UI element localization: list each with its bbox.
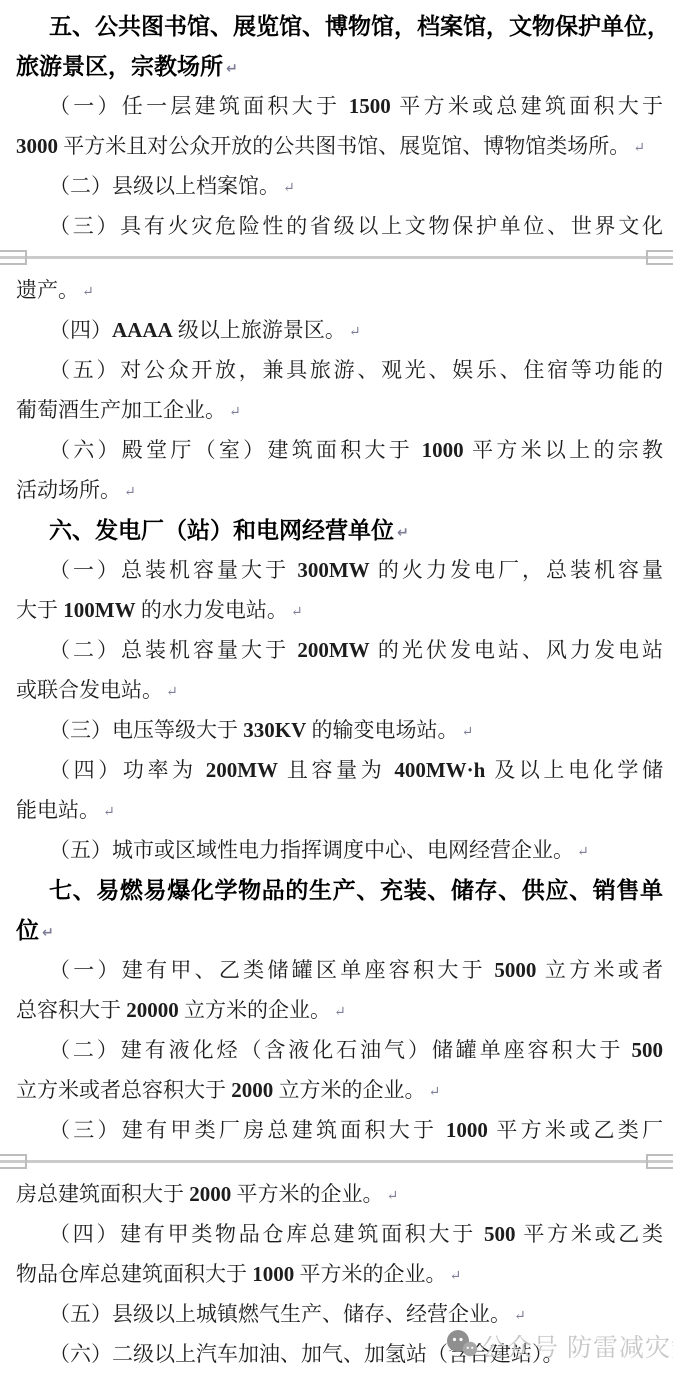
body-text-line: 活动场所。↵ xyxy=(16,470,663,510)
heading-line: 六、发电厂（站）和电网经营单位↵ xyxy=(16,510,663,550)
line-text: （五）对公众开放，兼具旅游、观光、娱乐、住宿等功能的 xyxy=(49,358,663,382)
line-text: （五）城市或区域性电力指挥调度中心、电网经营企业。 xyxy=(49,838,574,862)
line-text: （四）建有甲类物品仓库总建筑面积大于 500 平方米或乙类 xyxy=(49,1222,663,1246)
paragraph-mark-icon: ↵ xyxy=(291,605,303,620)
paragraph-mark-icon: ↵ xyxy=(397,524,409,540)
paragraph-mark-icon: ↵ xyxy=(229,405,241,420)
page-edge-marker-right xyxy=(646,250,673,265)
line-text: （六）殿堂厅（室）建筑面积大于 1000 平方米以上的宗教 xyxy=(49,438,663,462)
paragraph-mark-icon: ↵ xyxy=(387,1189,399,1204)
line-text: （四）功率为 200MW 且容量为 400MW·h 及以上电化学储 xyxy=(49,758,663,782)
body-text-line: 能电站。↵ xyxy=(16,790,663,830)
body-text-line: 遗产。↵ xyxy=(16,270,663,310)
body-text-line: 物品仓库总建筑面积大于 1000 平方米的企业。↵ xyxy=(16,1254,663,1294)
line-text: 3000 平方米且对公众开放的公共图书馆、展览馆、博物馆类场所。 xyxy=(16,134,630,158)
body-text-line: （五）对公众开放，兼具旅游、观光、娱乐、住宿等功能的 xyxy=(16,350,663,390)
line-text: 活动场所。 xyxy=(16,478,121,502)
body-text-line: （一）任一层建筑面积大于 1500 平方米或总建筑面积大于 xyxy=(16,86,663,126)
document-page: 五、公共图书馆、展览馆、博物馆，档案馆，文物保护单位，旅游景区，宗教场所↵（一）… xyxy=(0,0,673,1374)
body-text-line: 或联合发电站。↵ xyxy=(16,670,663,710)
paragraph-mark-icon: ↵ xyxy=(124,485,136,500)
line-text: （二）总装机容量大于 200MW 的光伏发电站、风力发电站 xyxy=(49,638,663,662)
line-text: （四）AAAA 级以上旅游景区。 xyxy=(49,318,346,342)
line-text: （二）建有液化烃（含液化石油气）储罐单座容积大于 500 xyxy=(49,1038,663,1062)
paragraph-mark-icon: ↵ xyxy=(103,805,115,820)
paragraph-mark-icon: ↵ xyxy=(283,181,295,196)
heading-line: 旅游景区，宗教场所↵ xyxy=(16,46,663,86)
line-text: 位 xyxy=(16,917,39,943)
paragraph-mark-icon: ↵ xyxy=(633,141,645,156)
line-text: 六、发电厂（站）和电网经营单位 xyxy=(49,517,394,543)
paragraph-mark-icon: ↵ xyxy=(450,1269,462,1284)
body-text-line: 葡萄酒生产加工企业。↵ xyxy=(16,390,663,430)
line-text: 总容积大于 20000 立方米的企业。 xyxy=(16,998,331,1022)
line-text: （一）建有甲、乙类储罐区单座容积大于 5000 立方米或者 xyxy=(49,958,663,982)
paragraph-mark-icon: ↵ xyxy=(577,845,589,860)
line-text: 房总建筑面积大于 2000 平方米的企业。 xyxy=(16,1182,384,1206)
body-text-line: 总容积大于 20000 立方米的企业。↵ xyxy=(16,990,663,1030)
paragraph-mark-icon: ↵ xyxy=(334,1005,346,1020)
body-text-line: （一）总装机容量大于 300MW 的火力发电厂，总装机容量 xyxy=(16,550,663,590)
line-text: 五、公共图书馆、展览馆、博物馆，档案馆，文物保护单位， xyxy=(49,13,663,39)
body-text-line: （五）县级以上城镇燃气生产、储存、经营企业。↵ xyxy=(16,1294,663,1334)
paragraph-mark-icon: ↵ xyxy=(166,685,178,700)
line-text: （三）电压等级大于 330KV 的输变电场站。 xyxy=(49,718,459,742)
heading-line: 五、公共图书馆、展览馆、博物馆，档案馆，文物保护单位， xyxy=(16,6,663,46)
body-text-line: 大于 100MW 的水力发电站。↵ xyxy=(16,590,663,630)
page-edge-marker-right xyxy=(646,1154,673,1169)
paragraph-mark-icon: ↵ xyxy=(429,1085,441,1100)
paragraph-mark-icon: ↵ xyxy=(462,725,474,740)
paragraph-mark-icon: ↵ xyxy=(514,1309,526,1324)
line-text: 能电站。 xyxy=(16,798,100,822)
body-text-line: 房总建筑面积大于 2000 平方米的企业。↵ xyxy=(16,1174,663,1214)
line-text: 七、易燃易爆化学物品的生产、充装、储存、供应、销售单 xyxy=(49,877,663,903)
line-text: （二）县级以上档案馆。 xyxy=(49,174,280,198)
line-text: （三）具有火灾危险性的省级以上文物保护单位、世界文化 xyxy=(49,214,663,238)
body-text-line: （六）二级以上汽车加油、加气、加氢站（含合建站）。 xyxy=(16,1334,663,1374)
body-text-line: （一）建有甲、乙类储罐区单座容积大于 5000 立方米或者 xyxy=(16,950,663,990)
body-text-line: （四）建有甲类物品仓库总建筑面积大于 500 平方米或乙类 xyxy=(16,1214,663,1254)
page-edge-marker-left xyxy=(0,250,27,265)
page-break-separator xyxy=(0,1150,673,1174)
line-text: 或联合发电站。 xyxy=(16,678,163,702)
page-break-separator xyxy=(0,246,673,270)
line-text: 遗产。 xyxy=(16,278,79,302)
heading-line: 七、易燃易爆化学物品的生产、充装、储存、供应、销售单 xyxy=(16,870,663,910)
body-text-line: （二）县级以上档案馆。↵ xyxy=(16,166,663,206)
line-text: （六）二级以上汽车加油、加气、加氢站（含合建站）。 xyxy=(49,1342,564,1366)
body-text-line: （三）建有甲类厂房总建筑面积大于 1000 平方米或乙类厂 xyxy=(16,1110,663,1150)
paragraph-mark-icon: ↵ xyxy=(226,60,238,76)
line-text: （一）任一层建筑面积大于 1500 平方米或总建筑面积大于 xyxy=(49,94,663,118)
line-text: 葡萄酒生产加工企业。 xyxy=(16,398,226,422)
line-text: （三）建有甲类厂房总建筑面积大于 1000 平方米或乙类厂 xyxy=(49,1118,663,1142)
line-text: 旅游景区，宗教场所 xyxy=(16,53,223,79)
body-text-line: （四）AAAA 级以上旅游景区。↵ xyxy=(16,310,663,350)
body-text-line: （四）功率为 200MW 且容量为 400MW·h 及以上电化学储 xyxy=(16,750,663,790)
document-screenshot: { "document": { "paragraph_mark": "↵", "… xyxy=(0,0,673,1375)
body-text-line: 立方米或者总容积大于 2000 立方米的企业。↵ xyxy=(16,1070,663,1110)
body-text-line: （二）总装机容量大于 200MW 的光伏发电站、风力发电站 xyxy=(16,630,663,670)
body-text-line: （三）具有火灾危险性的省级以上文物保护单位、世界文化 xyxy=(16,206,663,246)
page-break-line xyxy=(0,256,673,259)
heading-line: 位↵ xyxy=(16,910,663,950)
line-text: 物品仓库总建筑面积大于 1000 平方米的企业。 xyxy=(16,1262,447,1286)
line-text: 立方米或者总容积大于 2000 立方米的企业。 xyxy=(16,1078,426,1102)
line-text: （五）县级以上城镇燃气生产、储存、经营企业。 xyxy=(49,1302,511,1326)
line-text: （一）总装机容量大于 300MW 的火力发电厂，总装机容量 xyxy=(49,558,663,582)
body-text-line: （二）建有液化烃（含液化石油气）储罐单座容积大于 500 xyxy=(16,1030,663,1070)
line-text: 大于 100MW 的水力发电站。 xyxy=(16,598,288,622)
page-break-line xyxy=(0,1160,673,1163)
body-text-line: （六）殿堂厅（室）建筑面积大于 1000 平方米以上的宗教 xyxy=(16,430,663,470)
paragraph-mark-icon: ↵ xyxy=(42,924,54,940)
body-text-line: 3000 平方米且对公众开放的公共图书馆、展览馆、博物馆类场所。↵ xyxy=(16,126,663,166)
body-text-line: （五）城市或区域性电力指挥调度中心、电网经营企业。↵ xyxy=(16,830,663,870)
page-edge-marker-left xyxy=(0,1154,27,1169)
paragraph-mark-icon: ↵ xyxy=(349,325,361,340)
body-text-line: （三）电压等级大于 330KV 的输变电场站。↵ xyxy=(16,710,663,750)
paragraph-mark-icon: ↵ xyxy=(82,285,94,300)
